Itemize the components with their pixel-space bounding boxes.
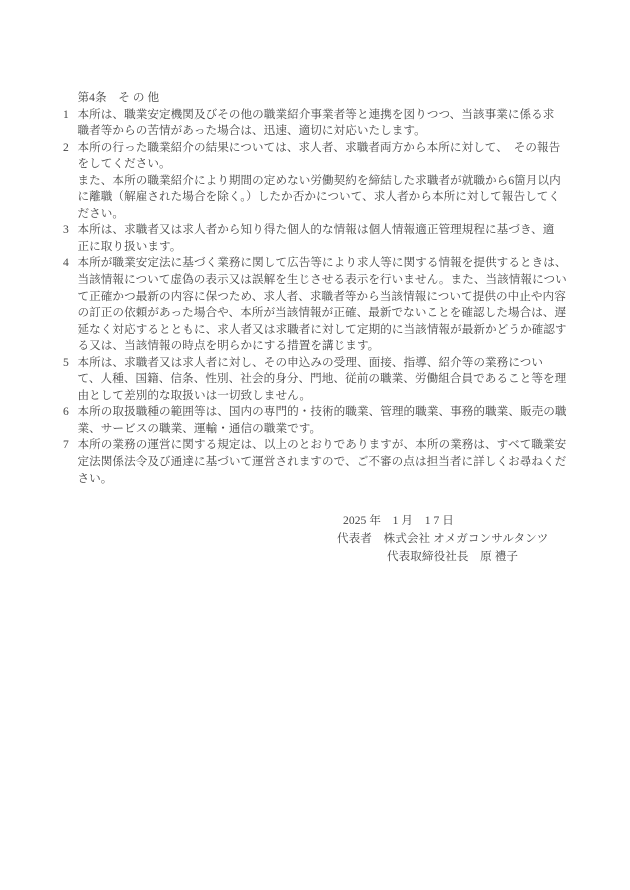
text-line: に離職（解雇された場合を除く。）したか否かについて、求人者から本所に対して報告し… [78,189,568,206]
text-line: て、人種、国籍、信条、性別、社会的身分、門地、従前の職業、労働組合員であること等… [78,371,568,388]
clause-item: 5本所は、求職者又は求人者に対し、その申込みの受理、面接、指導、紹介等の業務につ… [63,355,567,405]
text-line: さい。 [78,471,568,488]
text-line: 本所は、求職者又は求人者に対し、その申込みの受理、面接、指導、紹介等の業務につい [78,355,568,372]
clause-list: 1本所は、職業安定機関及びその他の職業紹介事業者等と連携を図りつつ、当該事業に係… [63,107,567,488]
text-line: の訂正の依頼があった場合や、本所が当該情報が正確、最新でないことを確認した場合は… [78,305,568,322]
text-line: 本所が職業安定法に基づく業務に関して広告等により求人等に関する情報を提供するとき… [78,255,568,272]
text-line: 本所は、職業安定機関及びその他の職業紹介事業者等と連携を図りつつ、当該事業に係る… [78,107,568,124]
text-line: 当該情報について虚偽の表示又は誤解を生じさせる表示を行いません。また、当該情報に… [78,272,568,289]
signature-block: 2025 年 1 月 1 7 日 代表者 株式会社 オメガコンサルタンツ 代表取… [337,512,548,566]
clause-number: 6 [63,404,78,421]
clause-item: 3本所は、求職者又は求人者から知り得た個人的な情報は個人情報適正管理規程に基づき… [63,222,567,255]
signature-representative: 代表者 株式会社 オメガコンサルタンツ [337,530,548,548]
clause-number: 1 [63,107,78,124]
text-line: る又は、当該情報の時点を明らかにする措置を講じます。 [78,338,568,355]
text-line: 本所の行った職業紹介の結果については、求人者、求職者両方から本所に対して、 その… [78,140,568,157]
text-line: また、本所の職業紹介により期間の定めない労働契約を締結した求職者が就職から6箇月… [78,173,568,190]
clause-item: 1本所は、職業安定機関及びその他の職業紹介事業者等と連携を図りつつ、当該事業に係… [63,107,567,140]
signature-date: 2025 年 1 月 1 7 日 [337,512,548,530]
clause-number: 4 [63,255,78,272]
clause-number: 5 [63,355,78,372]
text-line: 定法関係法令及び通達に基づいて運営されますので、ご不審の点は担当者に詳しくお尋ね… [78,454,568,471]
document-body: 第4条 そ の 他 1本所は、職業安定機関及びその他の職業紹介事業者等と連携を図… [63,90,567,487]
clause-number: 2 [63,140,78,157]
clause-number: 7 [63,437,78,454]
text-line: 正に取り扱います。 [78,239,568,256]
document-page: 第4条 そ の 他 1本所は、職業安定機関及びその他の職業紹介事業者等と連携を図… [0,0,630,890]
text-line: をしてください。 [78,156,568,173]
section-heading: 第4条 そ の 他 [63,90,567,107]
text-line: 本所の取扱職種の範囲等は、国内の専門的・技術的職業、管理的職業、事務的職業、販売… [78,404,568,421]
text-line: 由として差別的な取扱いは一切致しません。 [78,388,568,405]
text-line: 本所は、求職者又は求人者から知り得た個人的な情報は個人情報適正管理規程に基づき、… [78,222,568,239]
clause-item: 7本所の業務の運営に関する規定は、以上のとおりでありますが、本所の業務は、すべて… [63,437,567,487]
text-line: て正確かつ最新の内容に保つため、求人者、求職者等から当該情報について提供の中止や… [78,289,568,306]
text-line: 業、サービスの職業、運輸・通信の職業です。 [78,421,568,438]
clause-item: 6本所の取扱職種の範囲等は、国内の専門的・技術的職業、管理的職業、事務的職業、販… [63,404,567,437]
text-line: ださい。 [78,206,568,223]
signature-title-name: 代表取締役社長 原 禮子 [337,548,548,566]
text-line: 延なく対応するとともに、求人者又は求職者に対して定期的に当該情報が最新かどうか確… [78,322,568,339]
clause-number: 3 [63,222,78,239]
clause-item: 4本所が職業安定法に基づく業務に関して広告等により求人等に関する情報を提供すると… [63,255,567,354]
text-line: 職者等からの苦情があった場合は、迅速、適切に対応いたします。 [78,123,568,140]
clause-item: 2本所の行った職業紹介の結果については、求人者、求職者両方から本所に対して、 そ… [63,140,567,223]
text-line: 本所の業務の運営に関する規定は、以上のとおりでありますが、本所の業務は、すべて職… [78,437,568,454]
